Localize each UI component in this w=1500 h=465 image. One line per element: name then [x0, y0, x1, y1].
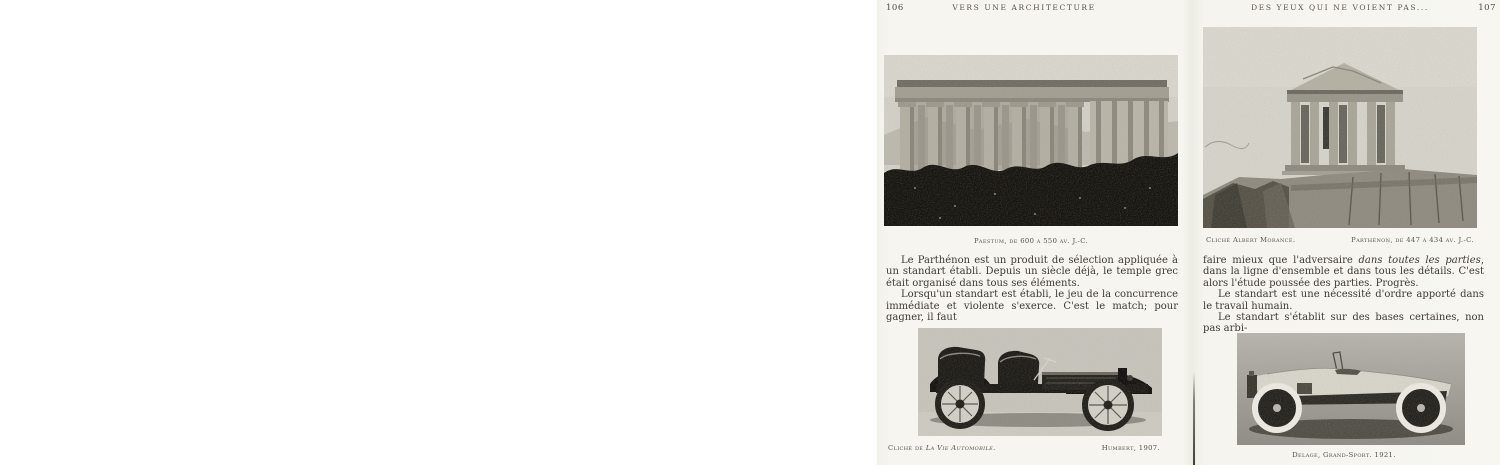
paestum-caption: Paestum, de 600 à 550 av. J.-C. — [884, 237, 1178, 245]
left-paragraph-1: Le Parthénon est un produit de sélection… — [886, 255, 1178, 289]
humbert-caption-row: Cliché de La Vie Automobile. Humbert, 19… — [888, 444, 1160, 452]
humbert-car-photo — [918, 328, 1162, 436]
right-page-number: 107 — [1470, 3, 1496, 13]
parthenon-caption: Parthénon, de 447 à 434 av. J.-C. — [1351, 236, 1474, 244]
right-paragraph-3: Le standart s'établit sur des bases cert… — [1203, 312, 1484, 335]
parthenon-credit: Cliché Albert Morancé. — [1206, 236, 1295, 244]
gutter-fold-shadow — [1193, 372, 1195, 465]
scanned-book-spread: 106 VERS UNE ARCHITECTURE — [0, 0, 1500, 465]
delage-illustration — [1237, 333, 1465, 445]
parthenon-caption-row: Cliché Albert Morancé. Parthénon, de 447… — [1206, 236, 1474, 244]
humbert-illustration — [918, 328, 1162, 436]
delage-car-photo — [1237, 333, 1465, 445]
humbert-caption: Humbert, 1907. — [1102, 444, 1160, 452]
left-running-title: VERS UNE ARCHITECTURE — [884, 3, 1164, 12]
paestum-temple-photo — [884, 55, 1178, 226]
humbert-credit: Cliché de La Vie Automobile. — [888, 444, 996, 452]
right-running-title: DES YEUX QUI NE VOIENT PAS... — [1203, 3, 1477, 12]
right-paragraph-2: Le standart est une nécessité d'ordre ap… — [1203, 289, 1484, 312]
paestum-illustration — [884, 55, 1178, 226]
left-page-text: Le Parthénon est un produit de sélection… — [886, 255, 1178, 323]
left-paragraph-2: Lorsqu'un standart est établi, le jeu de… — [886, 289, 1178, 323]
parthenon-illustration — [1203, 27, 1477, 228]
right-page-text: faire mieux que l'adversaire dans toutes… — [1203, 255, 1484, 335]
right-paragraph-1: faire mieux que l'adversaire dans toutes… — [1203, 255, 1484, 289]
delage-caption: Delage, Grand-Sport. 1921. — [1237, 451, 1451, 459]
parthenon-photo — [1203, 27, 1477, 228]
